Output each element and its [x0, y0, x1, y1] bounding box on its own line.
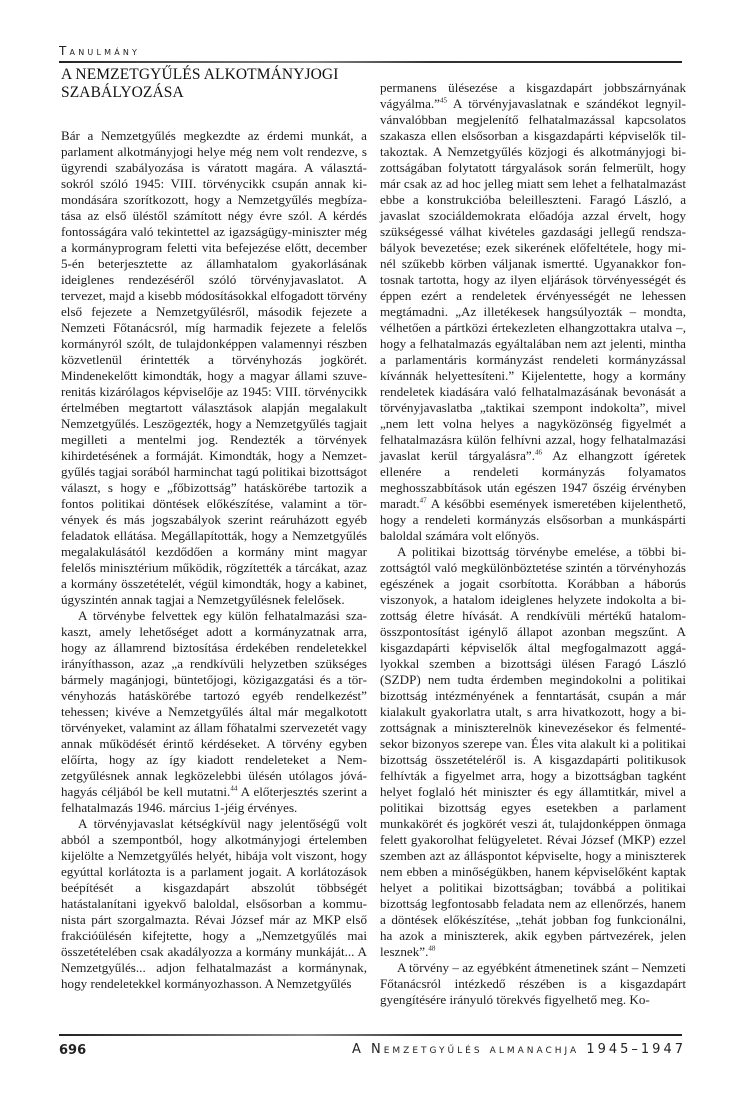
paragraph: A politikai bizottság törvénybe emelése,…: [380, 544, 686, 960]
article-title-line1: A NEMZETGYŰLÉS ALKOTMÁNYJOGI: [61, 66, 338, 83]
book-title: A Nemzetgyűlés almanachja 1945–1947: [352, 1042, 686, 1057]
paragraph: A törvénybe felvettek egy külön felhatal…: [61, 608, 367, 816]
footnote-ref: 48: [428, 945, 435, 953]
right-column: permanens ülésezése a kisgazdapárt jobbs…: [380, 80, 686, 1008]
footnote-ref: 46: [535, 449, 542, 457]
paragraph: A törvényjavaslat kétségkívül nagy jelen…: [61, 816, 367, 992]
paragraph: Bár a Nemzetgyűlés megkezdte az érdemi m…: [61, 128, 367, 608]
article-title-line2: SZABÁLYOZÁSA: [61, 84, 184, 101]
paragraph: A törvény – az egyébként átmenetinek szá…: [380, 960, 686, 1008]
page-number: 696: [59, 1043, 86, 1058]
header-rule: [59, 61, 682, 63]
footnote-ref: 47: [420, 497, 427, 505]
footnote-ref: 45: [440, 97, 447, 105]
paragraph: permanens ülésezése a kisgazdapárt jobbs…: [380, 80, 686, 544]
running-head-section-label: Tanulmány: [59, 44, 140, 58]
article-title: A NEMZETGYŰLÉS ALKOTMÁNYJOGI SZABÁLYOZÁS…: [61, 66, 367, 102]
footer-rule: [59, 1034, 682, 1036]
left-column: A NEMZETGYŰLÉS ALKOTMÁNYJOGI SZABÁLYOZÁS…: [61, 66, 367, 992]
